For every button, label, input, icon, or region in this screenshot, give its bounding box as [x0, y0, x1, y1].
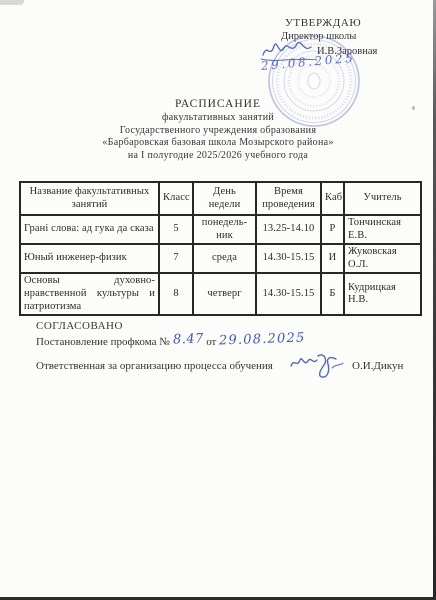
col-header-name: Название факультативных занятий	[20, 182, 159, 215]
resolution-line: Постановление профкома № 8.47 от 29.08.2…	[36, 334, 306, 349]
table-row: Грані слова: ад гука да сказа 5 понедель…	[20, 215, 421, 244]
cell-day: четверг	[193, 273, 256, 315]
cell-day: понедель- ник	[193, 215, 256, 244]
col-header-room: Каб	[321, 182, 344, 215]
scan-smudge-top-left	[0, 0, 24, 5]
cell-course-name: Грані слова: ад гука да сказа	[20, 215, 159, 244]
resolution-ot-word: от	[206, 336, 216, 348]
cell-room: И	[321, 244, 344, 273]
responsible-signature	[288, 350, 346, 380]
resolution-prefix: Постановление профкома №	[36, 336, 170, 348]
approve-label: УТВЕРЖДАЮ	[285, 17, 361, 29]
title-line-3: Государственного учреждения образования	[0, 126, 436, 136]
cell-class: 7	[159, 244, 193, 273]
cell-time: 14.30-15.15	[256, 273, 321, 315]
cell-class: 5	[159, 215, 193, 244]
cell-room: Б	[321, 273, 344, 315]
title-line-4: «Барбаровская базовая школа Мозырского р…	[0, 138, 436, 148]
cell-time: 14.30-15.15	[256, 244, 321, 273]
cell-teacher: Тончинская Е.В.	[344, 215, 421, 244]
cell-course-name: Юный инженер-физик	[20, 244, 159, 273]
col-header-teacher: Учитель	[344, 182, 421, 215]
responsible-label: Ответственная за организацию процесса об…	[36, 360, 273, 372]
document-title-block: РАСПИСАНИЕ факультативных занятий Госуда…	[0, 99, 436, 163]
col-header-class: Класс	[159, 182, 193, 215]
resolution-number-handwritten: 8.47	[172, 331, 203, 347]
cell-time: 13.25-14.10	[256, 215, 321, 244]
cell-room: Р	[321, 215, 344, 244]
table-row: Юный инженер-физик 7 среда 14.30-15.15 И…	[20, 244, 421, 273]
title-line-2: факультативных занятий	[0, 113, 436, 123]
col-header-day: День недели	[193, 182, 256, 215]
resolution-date-handwritten: 29.08.2025	[219, 330, 306, 348]
table-row: Основы духовно-нравственной культуры и п…	[20, 273, 421, 315]
table-header-row: Название факультативных занятий Класс Де…	[20, 182, 421, 215]
col-header-time: Время проведения	[256, 182, 321, 215]
title-line-5: на I полугодие 2025/2026 учебного года	[0, 151, 436, 161]
cell-day: среда	[193, 244, 256, 273]
cell-teacher: Кудрицкая Н.В.	[344, 273, 421, 315]
cell-class: 8	[159, 273, 193, 315]
responsible-name: О.И.Дикун	[352, 360, 403, 372]
cell-teacher: Жуковская О.Л.	[344, 244, 421, 273]
scanned-document-page: УТВЕРЖДАЮ Директор школы И.В.Заровная 29…	[0, 0, 436, 600]
cell-course-name: Основы духовно-нравственной культуры и п…	[20, 273, 159, 315]
agreed-label: СОГЛАСОВАНО	[36, 320, 123, 332]
title-main: РАСПИСАНИЕ	[0, 99, 436, 111]
schedule-table: Название факультативных занятий Класс Де…	[19, 181, 422, 316]
